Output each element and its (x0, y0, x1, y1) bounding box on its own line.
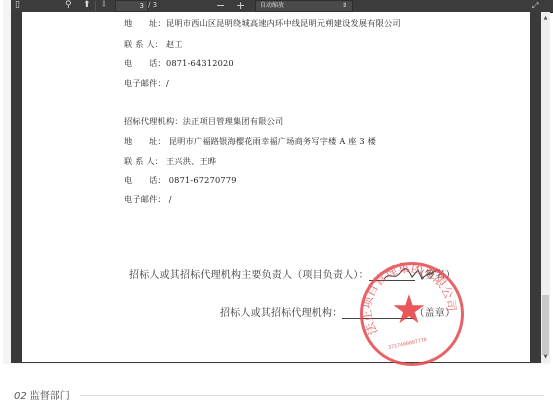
tenderer-address: 地 址：昆明市西山区昆明绕城高速内环中线昆明元朔建设发展有限公司 (124, 18, 401, 29)
star-icon: ★ (391, 290, 427, 330)
toolbar-separator (95, 1, 96, 11)
section-number: 02 (14, 391, 27, 402)
zoom-out-button[interactable]: − (216, 0, 225, 12)
section-divider (80, 395, 544, 396)
section-title: 监督部门 (30, 391, 70, 402)
tenderer-phone: 电 话：0871-64312020 (124, 58, 234, 69)
scroll-up-icon[interactable]: ▲ (541, 15, 550, 21)
page-number-input[interactable]: 3 (115, 0, 148, 12)
zoom-in-button[interactable]: + (236, 0, 245, 12)
page-total: / 3 (148, 0, 157, 12)
vertical-scrollbar[interactable]: ▲ ▼ (541, 12, 550, 363)
arrow-down-icon[interactable]: ⬇ (100, 0, 108, 12)
fullscreen-icon[interactable]: ⤢ (532, 0, 538, 12)
agency-address: 地 址： 昆明市广福路银海樱花雨幸福广场商务写字楼 A 座 3 楼 (124, 136, 376, 147)
pdf-page: 地 址：昆明市西山区昆明绕城高速内环中线昆明元朔建设发展有限公司 联 系 人： … (22, 12, 530, 362)
scrollbar-thumb[interactable] (542, 295, 549, 355)
scroll-down-icon[interactable]: ▼ (541, 354, 550, 360)
agency-name: 招标代理机构：法正项目管理集团有限公司 (124, 116, 283, 127)
arrow-up-icon[interactable]: ⬆ (83, 0, 91, 12)
agency-contact: 联 系 人： 王兴洪、王晔 (124, 156, 216, 167)
search-icon[interactable]: ⚲ (65, 0, 72, 12)
zoom-select-value: 自动缩放 (260, 2, 284, 9)
tenderer-email: 电子邮件：/ (124, 78, 169, 89)
agency-phone: 电 话： 0871-67270779 (124, 175, 237, 186)
section-heading: 02监督部门 (14, 387, 70, 402)
tenderer-contact: 联 系 人： 赵工 (124, 39, 183, 50)
agency-email: 电子邮件： / (124, 194, 172, 205)
company-seal: 法正项目管理集团有限公司 ★ 3717400007770 (360, 262, 464, 366)
select-arrows-icon: ⇕ (342, 1, 347, 11)
zoom-select[interactable]: 自动缩放 ⇕ (255, 0, 353, 12)
sidebar-icon[interactable]: ▯ (15, 0, 20, 12)
